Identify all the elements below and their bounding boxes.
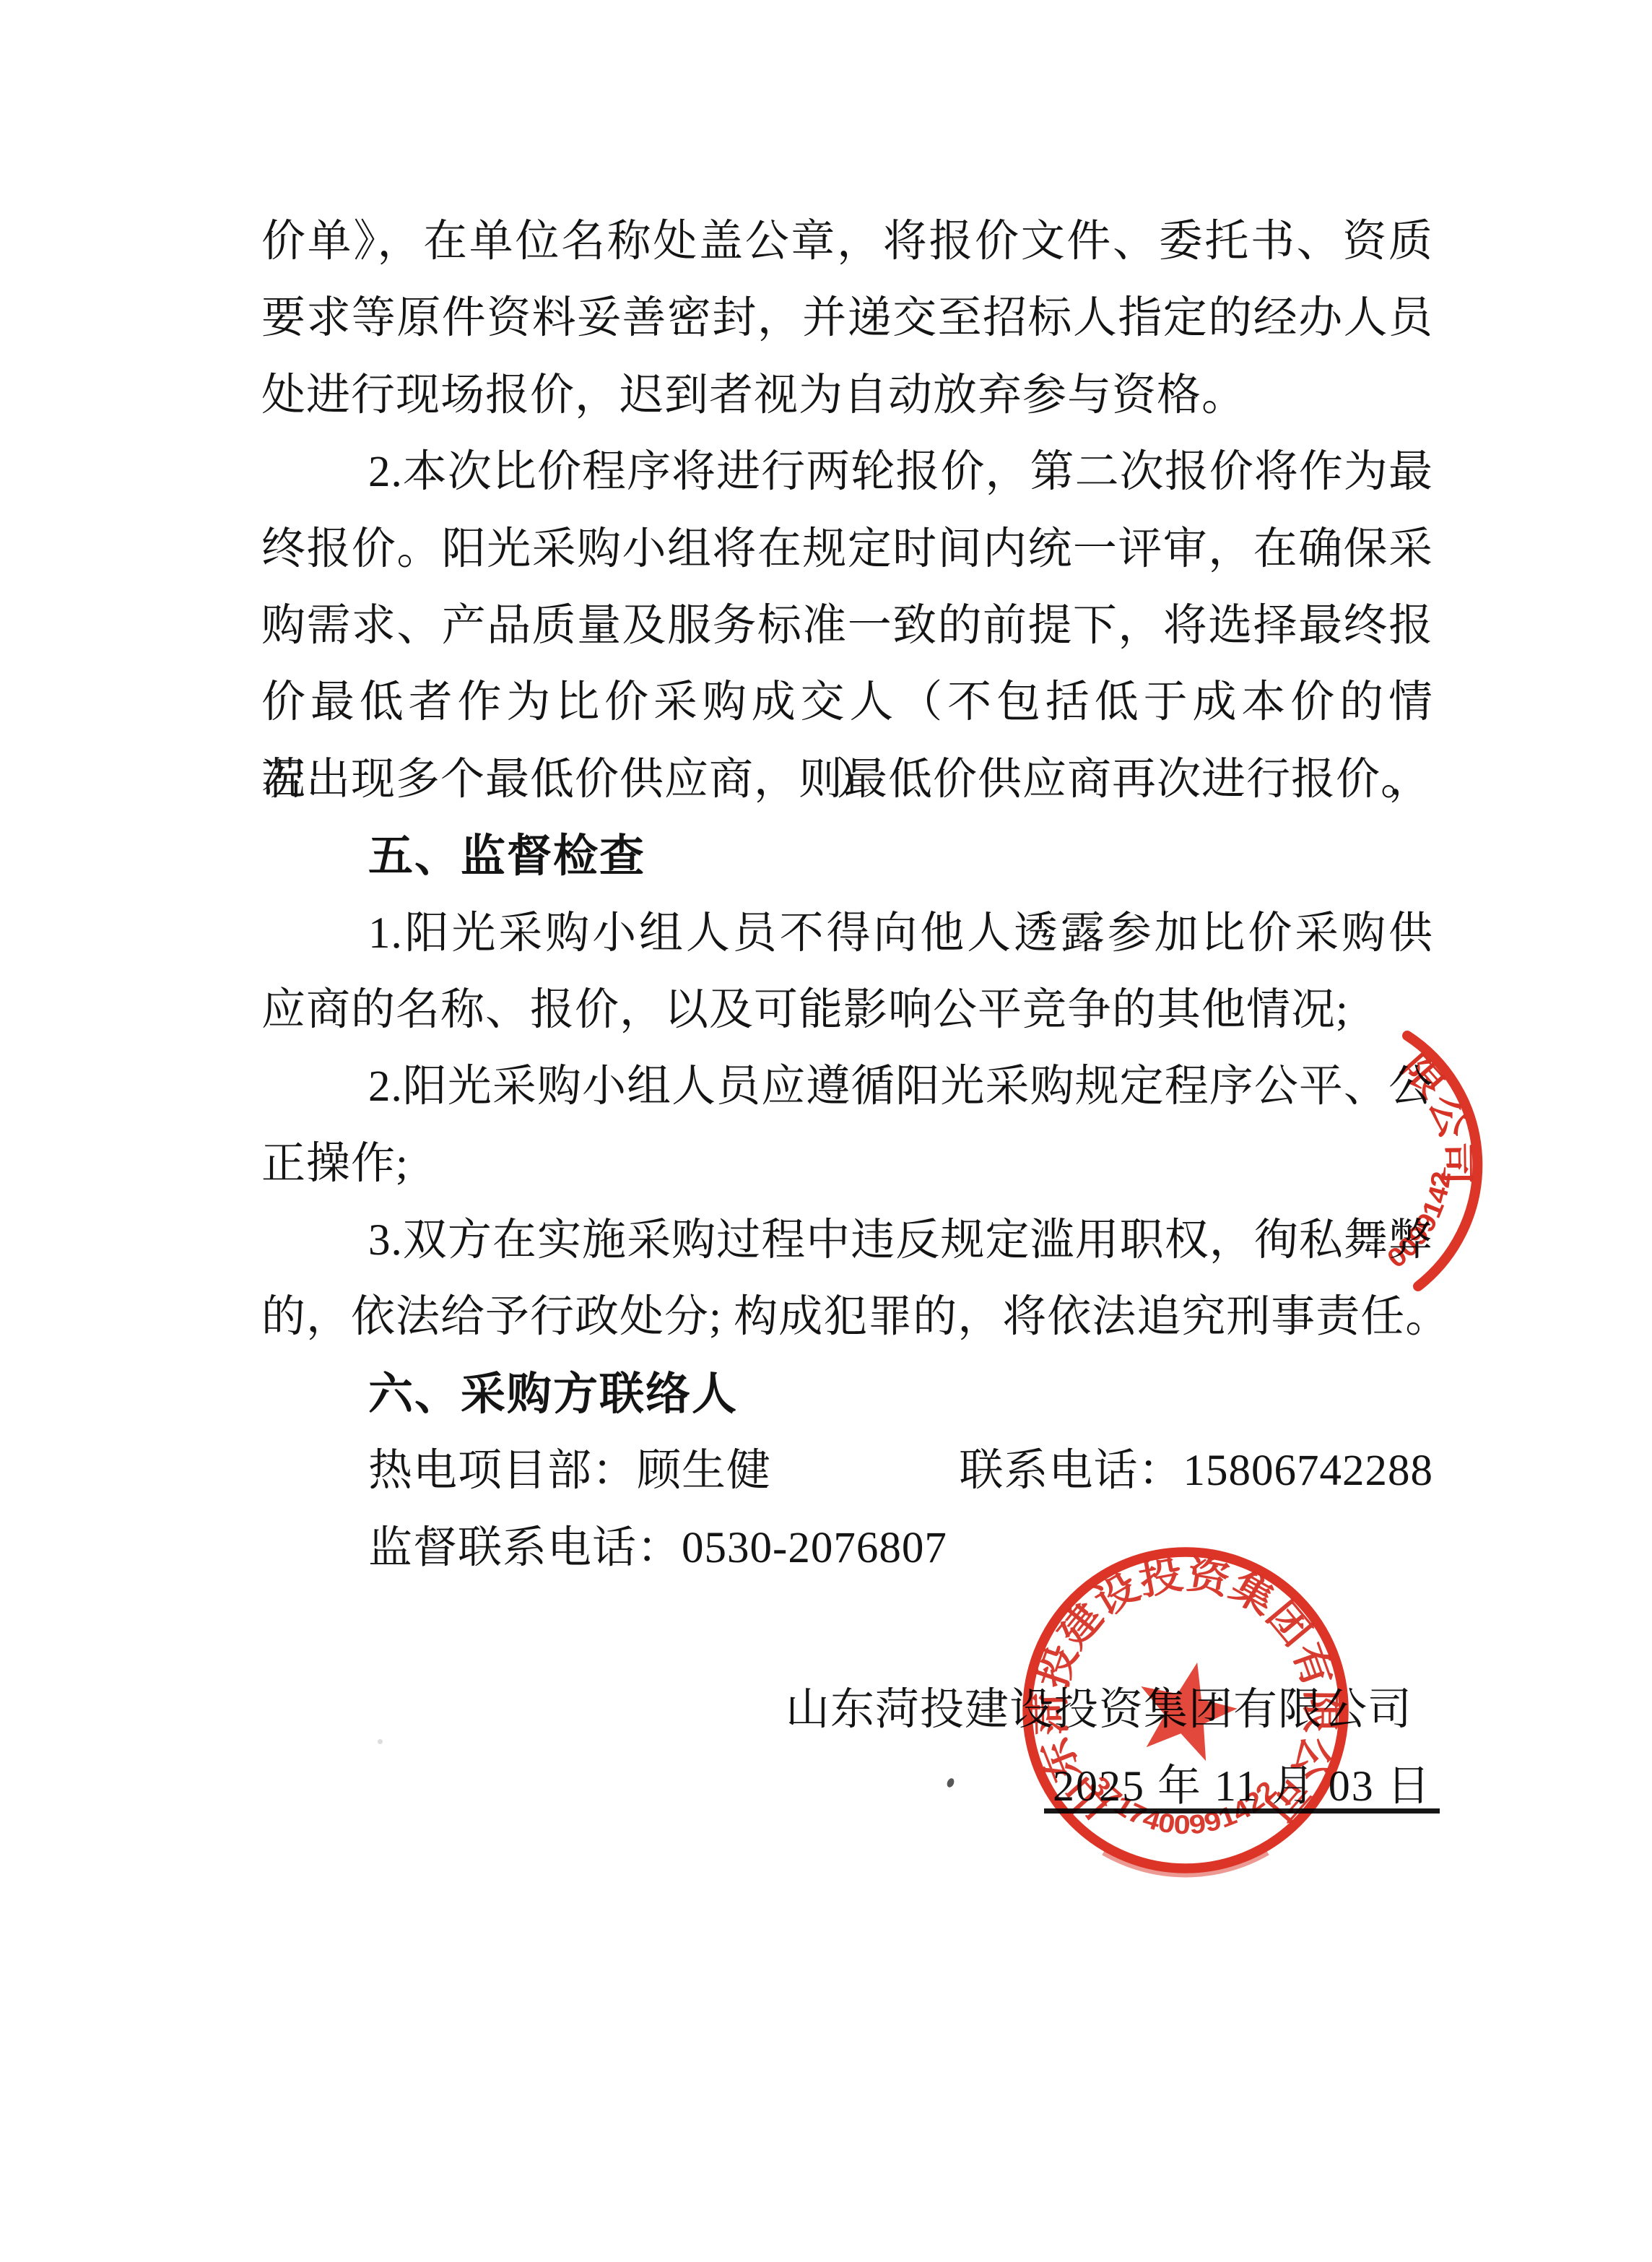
section-heading: 六、采购方联络人 [261,1356,1433,1433]
text-line: 价单》，在单位名称处盖公章，将报价文件、委托书、资质 [261,204,1433,280]
text-line: 正操作; [261,1126,1433,1202]
text-line: 处进行现场报价，迟到者视为自动放弃参与资格。 [261,357,1433,434]
text-line: 应商的名称、报价，以及可能影响公平竞争的其他情况; [261,972,1433,1049]
section-heading: 五、监督检查 [261,818,1433,895]
phone-contact: 联系电话：15806742288 [959,1433,1433,1509]
department-contact: 热电项目部：顾生健 [368,1433,771,1509]
company-signature: 山东菏投建设投资集团有限公司 [786,1672,1412,1748]
text-line: 价最低者作为比价采购成交人（不包括低于成本价的情况）， [261,664,1433,741]
supervision-phone: 监督联系电话：0530-2076807 [261,1510,1433,1587]
contact-row: 热电项目部：顾生健 联系电话：15806742288 [261,1433,1433,1509]
text-line: 终报价。阳光采购小组将在规定时间内统一评审，在确保采 [261,511,1433,588]
text-line: 1.阳光采购小组人员不得向他人透露参加比价采购供 [261,896,1433,972]
text-line: 要求等原件资料妥善密封，并递交至招标人指定的经办人员 [261,280,1433,357]
text-line: 2.本次比价程序将进行两轮报价，第二次报价将作为最 [261,434,1433,511]
date-underline [1044,1808,1440,1813]
body-text: 价单》，在单位名称处盖公章，将报价文件、委托书、资质要求等原件资料妥善密封，并递… [261,204,1433,1433]
stray-ink-speck [378,1739,383,1744]
document-flow: 价单》，在单位名称处盖公章，将报价文件、委托书、资质要求等原件资料妥善密封，并递… [261,204,1433,1587]
text-line: 2.阳光采购小组人员应遵循阳光采购规定程序公平、公 [261,1049,1433,1125]
stray-ink-dot [946,1777,956,1789]
text-line: 购需求、产品质量及服务标准一致的前提下，将选择最终报 [261,588,1433,664]
text-line: 3.双方在实施采购过程中违反规定滥用职权，徇私舞弊 [261,1202,1433,1279]
seal-ring-smear [1103,1852,1268,1875]
document-page: 价单》，在单位名称处盖公章，将报价文件、委托书、资质要求等原件资料妥善密封，并递… [0,0,1652,2262]
text-line: 若出现多个最低价供应商，则最低价供应商再次进行报价。 [261,742,1433,818]
text-line: 的，依法给予行政处分; 构成犯罪的，将依法追究刑事责任。 [261,1279,1433,1356]
